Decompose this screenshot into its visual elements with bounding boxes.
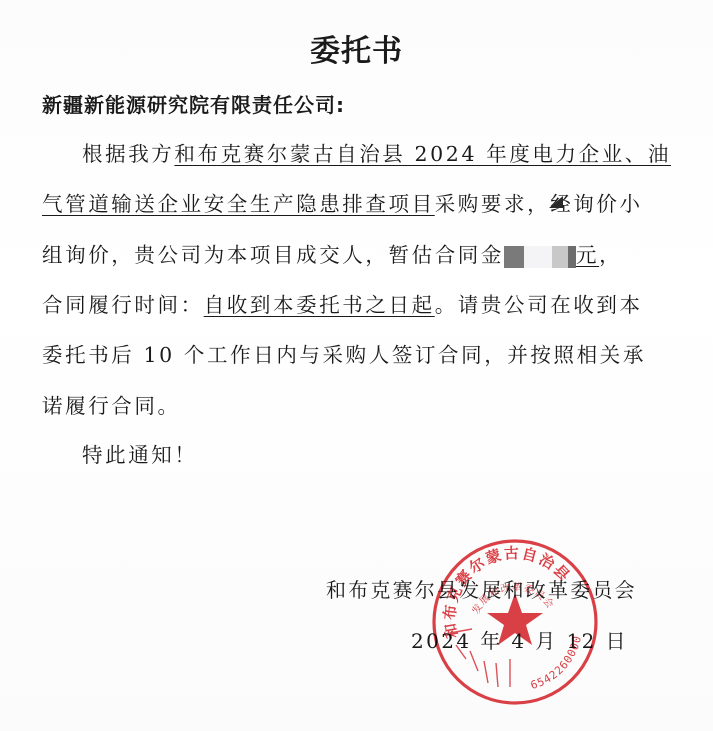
paragraph-line-5: 委托书后 10 个工作日内与采购人签订合同，并按照相关承	[42, 341, 646, 369]
star-icon	[487, 593, 543, 645]
closing-remark: 特此通知！	[82, 441, 198, 469]
paragraph-line-3: 组询价，贵公司为本项目成交人，暂估合同金元，	[42, 241, 622, 269]
redaction-mark	[549, 196, 563, 208]
redacted-amount	[504, 243, 576, 267]
paragraph-line-4: 合同履行时间：自收到本委托书之日起。请贵公司在收到本	[42, 291, 643, 319]
performance-period-underlined: 自收到本委托书之日起	[204, 293, 435, 317]
paragraph-line-6: 诺履行合同。	[42, 392, 181, 420]
text-segment: ，	[599, 243, 622, 267]
currency-unit: 元	[576, 243, 599, 267]
svg-text:6542260000: 6542260000	[529, 634, 584, 692]
official-seal-stamp: 和布克赛尔蒙古自治县 发展和改革委员会 6542260000	[430, 537, 600, 707]
paragraph-line-1: 根据我方和布克赛尔蒙古自治县 2024 年度电力企业、油	[82, 140, 671, 168]
project-name-underlined-cont: 气管道输送企业安全生产隐患排查项目	[42, 192, 435, 216]
stamp-code: 6542260000	[529, 634, 584, 692]
text-segment: 组询价，贵公司为本项目成交人，暂估合同金	[42, 243, 504, 267]
project-name-underlined: 和布克赛尔蒙古自治县 2024 年度电力企业、油	[174, 142, 671, 166]
document-page: 委托书 新疆新能源研究院有限责任公司: 根据我方和布克赛尔蒙古自治县 2024 …	[0, 0, 713, 731]
text-segment: 采购要求，经询价小	[435, 192, 643, 216]
text-segment: 合同履行时间：	[42, 293, 204, 317]
addressee: 新疆新能源研究院有限责任公司:	[42, 89, 345, 118]
document-title: 委托书	[0, 26, 713, 70]
text-segment: 根据我方	[82, 142, 174, 166]
text-segment: 。请贵公司在收到本	[435, 293, 643, 317]
